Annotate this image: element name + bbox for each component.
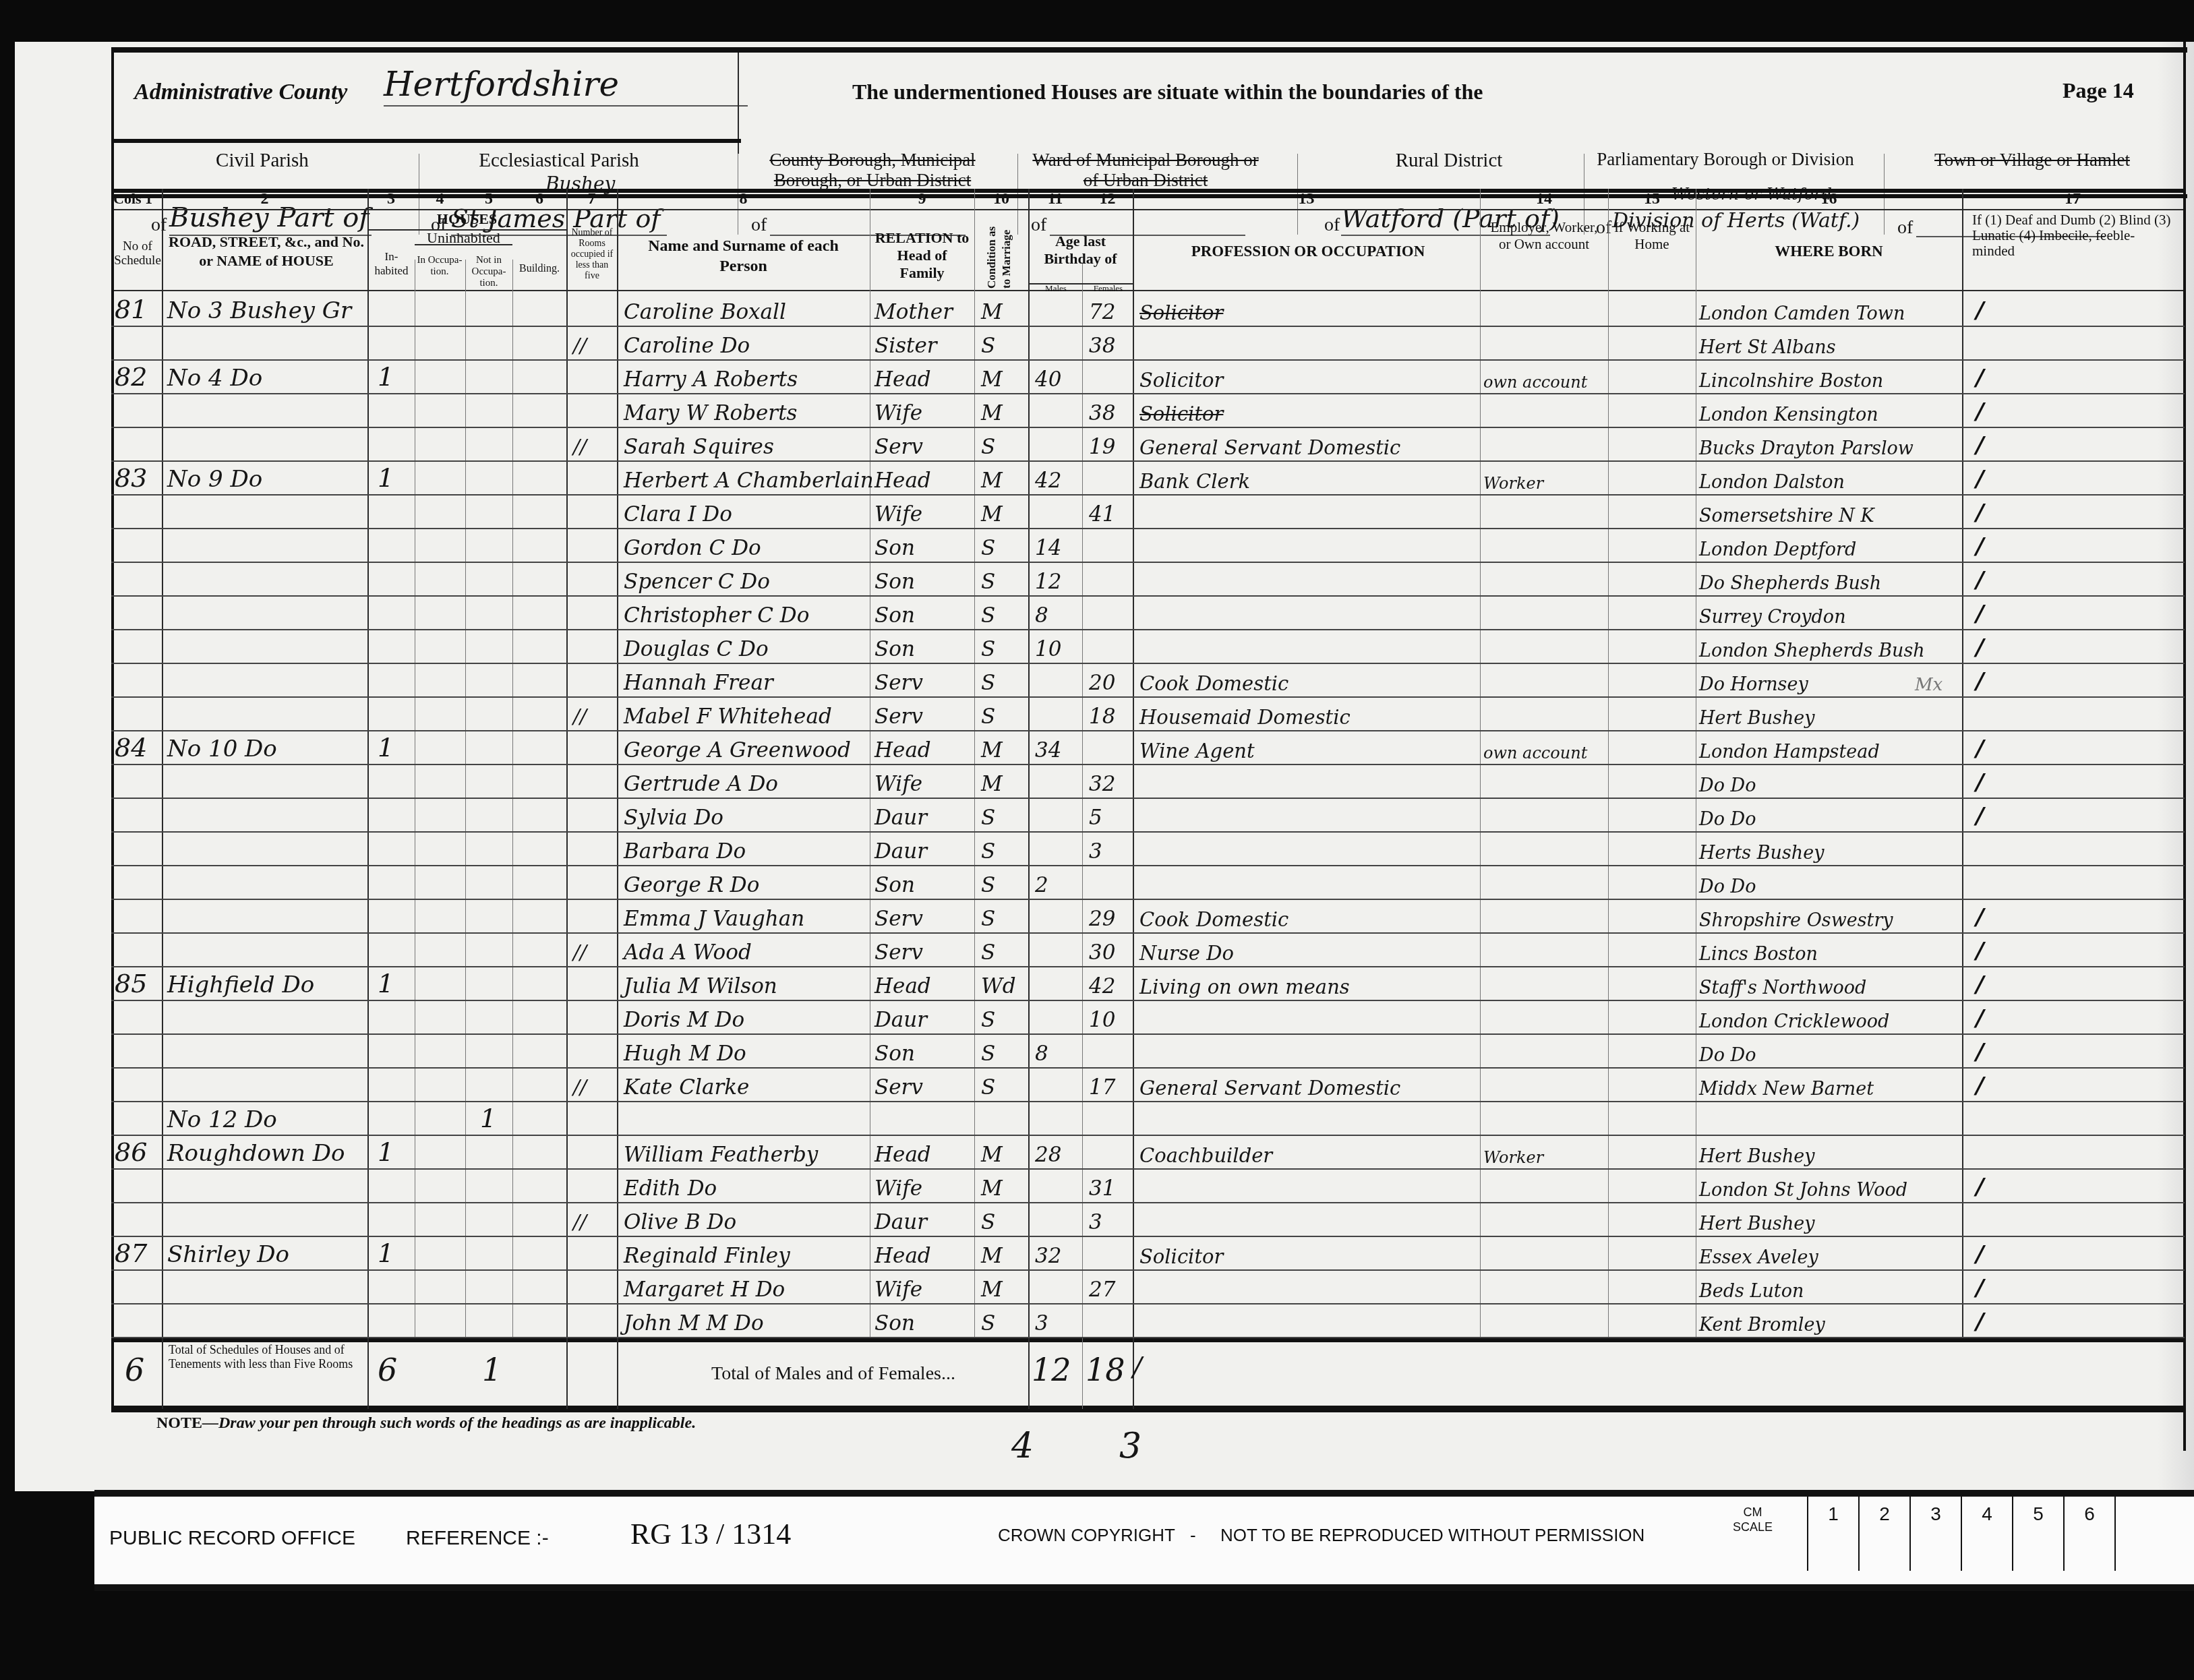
- not-in-occupation-count: [480, 327, 510, 361]
- occupation: [1139, 866, 1477, 900]
- male-age: [1035, 1069, 1079, 1102]
- where-born: [1699, 1102, 1959, 1136]
- rooms-mark: [573, 563, 614, 597]
- employer-status: Worker: [1483, 1136, 1605, 1170]
- female-age: 31: [1089, 1170, 1129, 1203]
- road-house: [167, 664, 366, 698]
- employer-status: [1483, 496, 1605, 529]
- occupation: General Servant Domestic: [1139, 428, 1477, 462]
- relation: Wife: [874, 765, 972, 799]
- inhabited-count: [378, 1170, 411, 1203]
- where-born: London Hampstead: [1699, 731, 1959, 765]
- header-condition: Condition as to Marriage: [984, 214, 1014, 289]
- schedule-number: [115, 1271, 162, 1304]
- not-in-occupation-count: [480, 293, 510, 327]
- employer-status: [1483, 1271, 1605, 1304]
- not-in-occupation-count: [480, 1069, 510, 1102]
- occupation: Cook Domestic: [1139, 664, 1477, 698]
- footer-restriction: NOT TO BE REPRODUCED WITHOUT PERMISSION: [1220, 1525, 1644, 1546]
- employer-status: [1483, 799, 1605, 833]
- female-age: 3: [1089, 833, 1129, 866]
- rooms-mark: [573, 731, 614, 765]
- female-age: [1089, 361, 1129, 394]
- schedule-number: [115, 496, 162, 529]
- female-age: [1089, 597, 1129, 630]
- schedule-number: [115, 866, 162, 900]
- schedule-number: [115, 765, 162, 799]
- marital-condition: M: [981, 361, 1025, 394]
- col17-check: /: [1976, 664, 2003, 698]
- marital-condition: S: [981, 1069, 1025, 1102]
- occupation: [1139, 799, 1477, 833]
- relation: Daur: [874, 1203, 972, 1237]
- col17-check: /: [1976, 563, 2003, 597]
- where-born: Essex Aveley: [1699, 1237, 1959, 1271]
- relation: Sister: [874, 327, 972, 361]
- not-in-occupation-count: [480, 496, 510, 529]
- person-name: Gertrude A Do: [624, 765, 866, 799]
- person-name: Mary W Roberts: [624, 394, 866, 428]
- header-males: Males: [1030, 283, 1082, 294]
- not-in-occupation-count: [480, 1035, 510, 1069]
- inhabited-count: 1: [378, 731, 411, 765]
- rooms-mark: [573, 1304, 614, 1338]
- marital-condition: S: [981, 698, 1025, 731]
- marital-condition: S: [981, 1203, 1025, 1237]
- relation: Son: [874, 529, 972, 563]
- occupation: Nurse Do: [1139, 934, 1477, 967]
- inhabited-count: [378, 1203, 411, 1237]
- header-where-born: WHERE BORN: [1699, 243, 1959, 260]
- marital-condition: S: [981, 900, 1025, 934]
- rooms-mark: [573, 664, 614, 698]
- total-males-females-label: Total of Males and of Females...: [711, 1363, 955, 1385]
- rooms-mark: //: [573, 1203, 614, 1237]
- occupation: [1139, 597, 1477, 630]
- marital-condition: S: [981, 1035, 1025, 1069]
- header-not-in-occupation: Not in Occupa-tion.: [467, 255, 511, 289]
- inhabited-count: 1: [378, 1237, 411, 1271]
- header-in-occupation: In Occupa-tion.: [416, 255, 463, 278]
- employer-status: [1483, 934, 1605, 967]
- col17-check: [1976, 698, 2003, 731]
- occupation: [1139, 1035, 1477, 1069]
- occupation: [1139, 1001, 1477, 1035]
- col17-check: /: [1976, 1035, 2003, 1069]
- male-age: 28: [1035, 1136, 1079, 1170]
- person-name: Barbara Do: [624, 833, 866, 866]
- employer-status: [1483, 1102, 1605, 1136]
- schedule-number: [115, 563, 162, 597]
- person-name: Gordon C Do: [624, 529, 866, 563]
- col17-check: /: [1976, 967, 2003, 1001]
- occupation: [1139, 1102, 1477, 1136]
- not-in-occupation-count: [480, 1001, 510, 1035]
- female-age: [1089, 529, 1129, 563]
- col17-check: [1976, 327, 2003, 361]
- schedule-number: [115, 934, 162, 967]
- where-born: Hert St Albans: [1699, 327, 1959, 361]
- occupation: Wine Agent: [1139, 731, 1477, 765]
- not-in-occupation-count: 1: [480, 1102, 510, 1136]
- schedule-number: [115, 1001, 162, 1035]
- inhabited-count: [378, 765, 411, 799]
- employer-status: [1483, 765, 1605, 799]
- schedule-number: [115, 428, 162, 462]
- employer-status: own account: [1483, 731, 1605, 765]
- header-age: Age last Birthday of: [1032, 233, 1129, 268]
- not-in-occupation-count: [480, 361, 510, 394]
- total-females: 18: [1086, 1352, 1125, 1388]
- employer-status: [1483, 1304, 1605, 1338]
- occupation: Solicitor: [1139, 394, 1477, 428]
- inhabited-count: [378, 394, 411, 428]
- road-house: [167, 900, 366, 934]
- marital-condition: M: [981, 293, 1025, 327]
- inhabited-count: [378, 1102, 411, 1136]
- footer-office: PUBLIC RECORD OFFICE: [109, 1527, 355, 1550]
- marital-condition: M: [981, 1136, 1025, 1170]
- person-name: Hannah Frear: [624, 664, 866, 698]
- relation: Daur: [874, 833, 972, 866]
- employer-status: [1483, 597, 1605, 630]
- female-age: 3: [1089, 1203, 1129, 1237]
- schedule-number: [115, 1170, 162, 1203]
- road-house: [167, 765, 366, 799]
- employer-status: [1483, 664, 1605, 698]
- occupation: [1139, 630, 1477, 664]
- header-inhabited: In-habited: [369, 249, 413, 278]
- not-in-occupation-count: [480, 900, 510, 934]
- relation: Serv: [874, 664, 972, 698]
- col17-check: [1976, 1102, 2003, 1136]
- not-in-occupation-count: [480, 765, 510, 799]
- road-house: No 12 Do: [167, 1102, 366, 1136]
- header-females: Females: [1084, 283, 1133, 294]
- not-in-occupation-count: [480, 799, 510, 833]
- where-born: London Cricklewood: [1699, 1001, 1959, 1035]
- male-age: [1035, 496, 1079, 529]
- where-born: London St Johns Wood: [1699, 1170, 1959, 1203]
- relation: Serv: [874, 900, 972, 934]
- not-in-occupation-count: [480, 866, 510, 900]
- relation: Mother: [874, 293, 972, 327]
- female-age: [1089, 1136, 1129, 1170]
- inhabited-count: [378, 630, 411, 664]
- female-age: [1089, 866, 1129, 900]
- not-in-occupation-count: [480, 934, 510, 967]
- road-house: [167, 428, 366, 462]
- not-in-occupation-count: [480, 731, 510, 765]
- where-born: Staff's Northwood: [1699, 967, 1959, 1001]
- female-age: [1089, 1304, 1129, 1338]
- person-name: George R Do: [624, 866, 866, 900]
- female-age: 38: [1089, 394, 1129, 428]
- employer-status: [1483, 1001, 1605, 1035]
- marital-condition: Wd: [981, 967, 1025, 1001]
- female-age: 29: [1089, 900, 1129, 934]
- where-born: Kent Bromley: [1699, 1304, 1959, 1338]
- employer-status: [1483, 293, 1605, 327]
- female-age: 5: [1089, 799, 1129, 833]
- where-born: Do Do: [1699, 866, 1959, 900]
- relation: Head: [874, 361, 972, 394]
- schedule-number: [115, 597, 162, 630]
- person-name: Spencer C Do: [624, 563, 866, 597]
- female-age: 10: [1089, 1001, 1129, 1035]
- employer-status: [1483, 833, 1605, 866]
- marital-condition: S: [981, 1001, 1025, 1035]
- born-annotation: Mx: [1915, 664, 1955, 698]
- where-born: London Kensington: [1699, 394, 1959, 428]
- marital-condition: S: [981, 327, 1025, 361]
- cm-scale-label: CM SCALE: [1733, 1505, 1773, 1534]
- road-house: [167, 529, 366, 563]
- occupation: [1139, 327, 1477, 361]
- marital-condition: S: [981, 934, 1025, 967]
- employer-status: [1483, 698, 1605, 731]
- schedule-number: 86: [115, 1136, 162, 1170]
- female-age: [1089, 462, 1129, 496]
- marital-condition: M: [981, 496, 1025, 529]
- road-house: [167, 394, 366, 428]
- occupation: Cook Domestic: [1139, 900, 1477, 934]
- person-name: George A Greenwood: [624, 731, 866, 765]
- rooms-mark: [573, 597, 614, 630]
- schedule-number: [115, 1304, 162, 1338]
- col17-check: /: [1976, 1001, 2003, 1035]
- where-born: Bucks Drayton Parslow: [1699, 428, 1959, 462]
- employer-status: own account: [1483, 361, 1605, 394]
- person-name: Mabel F Whitehead: [624, 698, 866, 731]
- inhabited-count: [378, 698, 411, 731]
- not-in-occupation-count: [480, 597, 510, 630]
- where-born: Hert Bushey: [1699, 698, 1959, 731]
- not-in-occupation-count: [480, 462, 510, 496]
- inhabited-count: [378, 1069, 411, 1102]
- relation: Head: [874, 462, 972, 496]
- inhabited-count: [378, 597, 411, 630]
- relation: Head: [874, 1136, 972, 1170]
- employer-status: [1483, 1069, 1605, 1102]
- schedule-number: [115, 394, 162, 428]
- footer-reference-label: REFERENCE :-: [406, 1527, 549, 1550]
- occupation: [1139, 563, 1477, 597]
- male-age: 2: [1035, 866, 1079, 900]
- total-males: 12: [1032, 1352, 1071, 1388]
- female-age: 41: [1089, 496, 1129, 529]
- not-in-occupation-count: [480, 833, 510, 866]
- schedule-number: 85: [115, 967, 162, 1001]
- male-age: [1035, 1170, 1079, 1203]
- col17-check: /: [1976, 394, 2003, 428]
- rooms-mark: //: [573, 698, 614, 731]
- scale-end: [2114, 1497, 2166, 1571]
- where-born: Do Do: [1699, 765, 1959, 799]
- road-house: [167, 327, 366, 361]
- inhabited-count: [378, 1304, 411, 1338]
- schedule-number: 87: [115, 1237, 162, 1271]
- inhabited-count: 1: [378, 967, 411, 1001]
- inhabited-count: [378, 1001, 411, 1035]
- relation: Wife: [874, 1271, 972, 1304]
- not-in-occupation-count: [480, 563, 510, 597]
- schedule-number: 83: [115, 462, 162, 496]
- rooms-mark: //: [573, 327, 614, 361]
- occupation: [1139, 496, 1477, 529]
- person-name: Sylvia Do: [624, 799, 866, 833]
- road-house: [167, 630, 366, 664]
- col17-check: /: [1976, 765, 2003, 799]
- inhabited-count: 1: [378, 1136, 411, 1170]
- occupation: [1139, 765, 1477, 799]
- employer-status: [1483, 1170, 1605, 1203]
- employer-status: [1483, 866, 1605, 900]
- inhabited-count: [378, 327, 411, 361]
- rooms-mark: [573, 630, 614, 664]
- tally-males: 4: [1011, 1426, 1034, 1466]
- relation: Serv: [874, 428, 972, 462]
- relation: Wife: [874, 496, 972, 529]
- col17-check: /: [1976, 361, 2003, 394]
- col17-check: /: [1976, 731, 2003, 765]
- marital-condition: M: [981, 462, 1025, 496]
- not-in-occupation-count: [480, 428, 510, 462]
- total-uninhabited: 1: [482, 1352, 502, 1388]
- relation: [874, 1102, 972, 1136]
- not-in-occupation-count: [480, 1203, 510, 1237]
- male-age: [1035, 967, 1079, 1001]
- not-in-occupation-count: [480, 394, 510, 428]
- admin-county-label: Administrative County: [134, 80, 347, 105]
- road-house: [167, 563, 366, 597]
- person-name: Margaret H Do: [624, 1271, 866, 1304]
- male-age: [1035, 1102, 1079, 1136]
- header-houses: HOUSES: [367, 210, 566, 228]
- col17-check: /: [1976, 462, 2003, 496]
- where-born: Do Do: [1699, 799, 1959, 833]
- female-age: [1089, 1035, 1129, 1069]
- marital-condition: S: [981, 866, 1025, 900]
- col17-check: /: [1976, 1304, 2003, 1338]
- col17-check: /: [1976, 597, 2003, 630]
- person-name: William Featherby: [624, 1136, 866, 1170]
- relation: Son: [874, 866, 972, 900]
- male-age: 40: [1035, 361, 1079, 394]
- road-house: [167, 1271, 366, 1304]
- inhabited-count: [378, 529, 411, 563]
- schedule-number: 84: [115, 731, 162, 765]
- person-name: Herbert A Chamberlain: [624, 462, 866, 496]
- rooms-mark: [573, 1136, 614, 1170]
- male-age: [1035, 799, 1079, 833]
- person-name: Caroline Do: [624, 327, 866, 361]
- marital-condition: M: [981, 1271, 1025, 1304]
- where-born: Shropshire Oswestry: [1699, 900, 1959, 934]
- rooms-mark: //: [573, 1069, 614, 1102]
- schedule-number: [115, 1203, 162, 1237]
- relation: Son: [874, 1035, 972, 1069]
- road-house: [167, 833, 366, 866]
- rooms-mark: [573, 293, 614, 327]
- relation: Wife: [874, 394, 972, 428]
- female-age: 42: [1089, 967, 1129, 1001]
- col17-check: /: [1976, 934, 2003, 967]
- female-age: 30: [1089, 934, 1129, 967]
- rooms-mark: [573, 1102, 614, 1136]
- inhabited-count: [378, 866, 411, 900]
- female-age: 72: [1089, 293, 1129, 327]
- not-in-occupation-count: [480, 1136, 510, 1170]
- col17-check: /: [1976, 293, 2003, 327]
- footer-copyright: CROWN COPYRIGHT: [998, 1525, 1175, 1546]
- schedule-number: [115, 664, 162, 698]
- schedule-number: 82: [115, 361, 162, 394]
- rooms-mark: [573, 900, 614, 934]
- boundaries-intro: The undermentioned Houses are situate wi…: [852, 80, 1483, 104]
- occupation: Solicitor: [1139, 361, 1477, 394]
- not-in-occupation-count: [480, 630, 510, 664]
- inhabited-count: [378, 428, 411, 462]
- occupation: [1139, 529, 1477, 563]
- male-age: [1035, 394, 1079, 428]
- road-house: No 9 Do: [167, 462, 366, 496]
- scale-2: 2: [1858, 1497, 1909, 1571]
- marital-condition: S: [981, 597, 1025, 630]
- relation: Son: [874, 1304, 972, 1338]
- relation: Son: [874, 563, 972, 597]
- where-born: London Camden Town: [1699, 293, 1959, 327]
- schedule-number: [115, 799, 162, 833]
- scale-6: 6: [2063, 1497, 2114, 1571]
- relation: Daur: [874, 1001, 972, 1035]
- footer-reference: RG 13 / 1314: [630, 1517, 791, 1551]
- female-age: 27: [1089, 1271, 1129, 1304]
- scale-3: 3: [1909, 1497, 1961, 1571]
- col17-check: /: [1976, 529, 2003, 563]
- header-uninhabited: Uninhabited: [415, 229, 512, 247]
- where-born: Middx New Barnet: [1699, 1069, 1959, 1102]
- total-schedules: 6: [125, 1352, 144, 1388]
- person-name: Kate Clarke: [624, 1069, 866, 1102]
- person-name: [624, 1102, 866, 1136]
- male-age: 34: [1035, 731, 1079, 765]
- header-building: Building.: [514, 263, 565, 275]
- occupation: [1139, 1271, 1477, 1304]
- road-house: [167, 1069, 366, 1102]
- rooms-mark: [573, 529, 614, 563]
- schedule-number: [115, 900, 162, 934]
- occupation: [1139, 1203, 1477, 1237]
- inhabited-count: [378, 934, 411, 967]
- road-house: [167, 1035, 366, 1069]
- rooms-mark: [573, 1271, 614, 1304]
- marital-condition: S: [981, 630, 1025, 664]
- where-born: Do Shepherds Bush: [1699, 563, 1959, 597]
- relation: Head: [874, 731, 972, 765]
- total-inhabited: 6: [378, 1352, 397, 1388]
- not-in-occupation-count: [480, 1271, 510, 1304]
- marital-condition: S: [981, 664, 1025, 698]
- scale-1: 1: [1807, 1497, 1858, 1571]
- inhabited-count: [378, 1035, 411, 1069]
- male-age: [1035, 833, 1079, 866]
- male-age: 3: [1035, 1304, 1079, 1338]
- schedule-number: [115, 529, 162, 563]
- marital-condition: M: [981, 1237, 1025, 1271]
- inhabited-count: [378, 664, 411, 698]
- road-house: Highfield Do: [167, 967, 366, 1001]
